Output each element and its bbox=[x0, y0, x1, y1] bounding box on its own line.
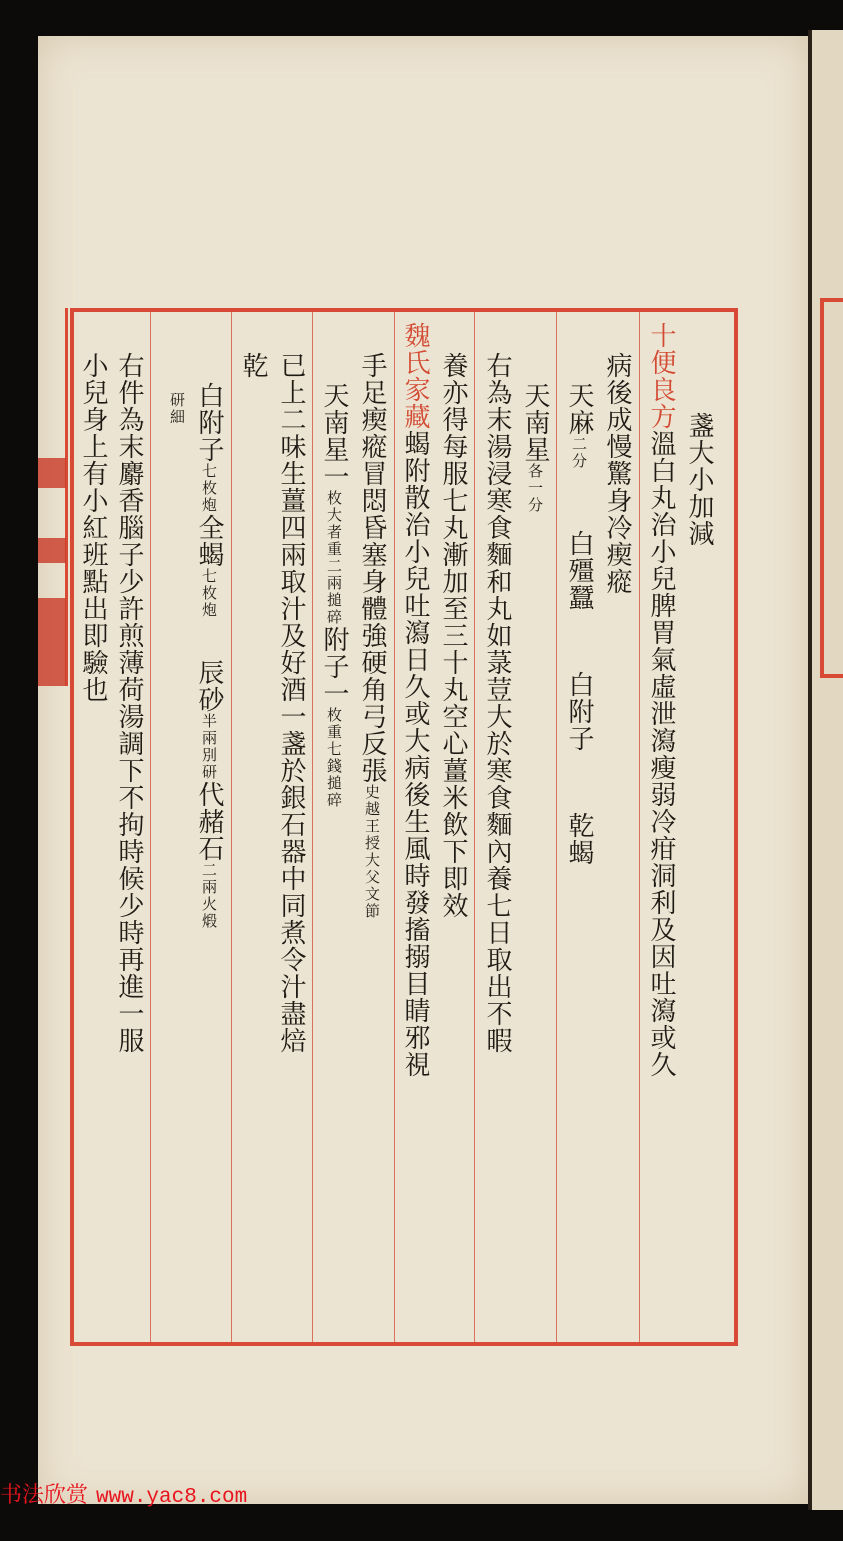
column-7: 養亦得每服七丸漸加至三十丸空心薑米飲下即效 bbox=[438, 312, 468, 1372]
column-9: 手足瘈瘲冒悶昏塞身體強硬角弓反張史越王授大父文節 bbox=[357, 312, 387, 1372]
herb-name: 全蝎 bbox=[194, 514, 224, 568]
column-text: 養亦得每服七丸漸加至三十丸空心薑米飲下即效 bbox=[438, 352, 468, 919]
text-frame: 盞大小加減 十便良方溫白丸治小兒脾胃氣虛泄瀉瘦弱冷疳洞利及因吐瀉或久 病後成慢驚… bbox=[70, 308, 738, 1346]
column-text: 右為末湯浸寒食麵和丸如菉荳大於寒食麵內養七日取出不暇 bbox=[482, 352, 512, 1054]
herb-dose: 二分 bbox=[570, 436, 588, 470]
column-6: 右為末湯浸寒食麵和丸如菉荳大於寒食麵內養七日取出不暇 bbox=[482, 312, 512, 1372]
column-15: 右件為末麝香腦子少許煎薄荷湯調下不拘時候少時再進一服 bbox=[114, 312, 144, 1372]
column-14: 研細 bbox=[162, 312, 192, 1412]
column-1: 盞大小加減 bbox=[684, 312, 714, 1372]
herb-dose: 七枚炮 bbox=[200, 463, 218, 514]
column-text: 天南星一 bbox=[319, 382, 349, 490]
column-text: 乾 bbox=[238, 352, 268, 379]
column-11: 已上二味生薑四兩取汁及好酒一盞於銀石器中同煮令汁盡焙 bbox=[276, 312, 306, 1372]
column-13: 白附子七枚炮全蝎七枚炮辰砂半兩別研代赭石二兩火煅 bbox=[194, 312, 224, 1402]
herb-name: 白附子 bbox=[194, 382, 224, 463]
left-margin-strip bbox=[38, 308, 68, 686]
adjacent-page-frame bbox=[820, 298, 843, 678]
column-text: 手足瘈瘲冒悶昏塞身體強硬角弓反張 bbox=[357, 352, 387, 784]
column-10: 天南星一枚大者重二兩搥碎附子一枚重七錢搥碎 bbox=[319, 312, 349, 1402]
column-text: 研細 bbox=[168, 392, 186, 426]
herb-dose: 二兩火煅 bbox=[200, 862, 218, 930]
herb-dose: 半兩別研 bbox=[200, 713, 218, 781]
column-16: 小兒身上有小紅班點出即驗也 bbox=[78, 312, 108, 1372]
column-2: 十便良方溫白丸治小兒脾胃氣虛泄瀉瘦弱冷疳洞利及因吐瀉或久 bbox=[646, 312, 676, 1342]
column-3: 病後成慢驚身冷瘈瘲 bbox=[602, 312, 632, 1372]
herb-name: 天麻 bbox=[564, 382, 594, 436]
site-watermark: 书法欣赏www.yac8.com bbox=[0, 1478, 247, 1509]
herb-dose: 七枚炮 bbox=[200, 568, 218, 619]
annotation: 史越王授大父文節 bbox=[363, 784, 381, 920]
column-4: 天麻二分白殭蠶白附子乾蝎 bbox=[564, 312, 594, 1402]
herb-name: 白殭蠶 bbox=[564, 530, 594, 611]
herb-name: 代赭石 bbox=[194, 781, 224, 862]
column-text: 已上二味生薑四兩取汁及好酒一盞於銀石器中同煮令汁盡焙 bbox=[276, 352, 306, 1054]
column-text: 右件為末麝香腦子少許煎薄荷湯調下不拘時候少時再進一服 bbox=[114, 352, 144, 1054]
annotation: 枚大者重二兩搥碎 bbox=[325, 490, 343, 626]
watermark-text: 书法欣赏 bbox=[0, 1483, 88, 1508]
column-text: 盞大小加減 bbox=[684, 412, 714, 547]
watermark-url: www.yac8.com bbox=[96, 1486, 247, 1509]
source-heading: 十便良方 bbox=[646, 322, 676, 430]
column-12: 乾 bbox=[238, 312, 268, 1372]
herb-dose: 各一分 bbox=[526, 463, 544, 514]
herb-name: 白附子 bbox=[564, 671, 594, 752]
column-text: 附子一 bbox=[319, 626, 349, 707]
column-text: 溫白丸治小兒脾胃氣虛泄瀉瘦弱冷疳洞利及因吐瀉或久 bbox=[646, 430, 676, 1078]
herb-name: 天南星 bbox=[520, 382, 550, 463]
annotation: 枚重七錢搥碎 bbox=[325, 707, 343, 809]
herb-name: 辰砂 bbox=[194, 659, 224, 713]
column-text: 病後成慢驚身冷瘈瘲 bbox=[602, 352, 632, 595]
column-text: 蝎附散治小兒吐瀉日久或大病後生風時發搐搦目睛邪視 bbox=[400, 430, 430, 1078]
column-text: 小兒身上有小紅班點出即驗也 bbox=[78, 352, 108, 703]
column-8: 魏氏家藏蝎附散治小兒吐瀉日久或大病後生風時發搐搦目睛邪視 bbox=[400, 312, 430, 1342]
adjacent-page bbox=[808, 30, 843, 1510]
source-heading: 魏氏家藏 bbox=[400, 322, 430, 430]
herb-name: 乾蝎 bbox=[564, 812, 594, 866]
column-5: 天南星各一分 bbox=[520, 312, 550, 1402]
frame-bottom-rule bbox=[70, 1342, 738, 1344]
